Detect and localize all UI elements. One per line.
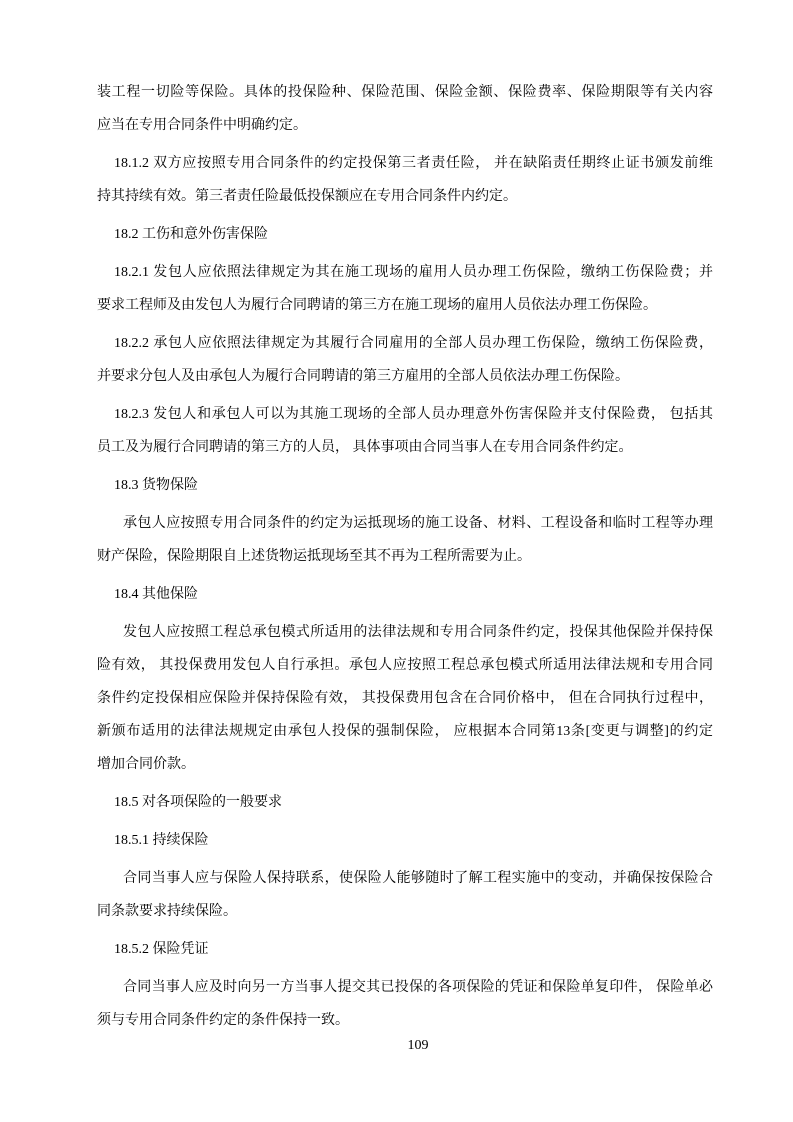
text-line: 应当在专用合同条件中明确约定。 (97, 109, 713, 142)
text-line: 须与专用合同条件约定的条件保持一致。 (97, 1004, 713, 1037)
text-line: 新颁布适用的法律法规规定由承包人投保的强制保险， 应根据本合同第13条[变更与调… (97, 715, 713, 748)
text-line: 18.5.1 持续保险 (97, 824, 713, 857)
text-line: 18.2.2 承包人应依照法律规定为其履行合同雇用的全部人员办理工伤保险，缴纳工… (97, 327, 713, 360)
paragraph: 合同当事人应及时向另一方当事人提交其已投保的各项保险的凭证和保险单复印件， 保险… (97, 971, 713, 1037)
text-line: 18.5 对各项保险的一般要求 (97, 786, 713, 819)
paragraph: 18.5.2 保险凭证 (97, 933, 713, 966)
paragraph: 18.5.1 持续保险 (97, 824, 713, 857)
text-line: 18.1.2 双方应按照专用合同条件的约定投保第三者责任险， 并在缺陷责任期终止… (97, 147, 713, 180)
page-number: 109 (408, 1036, 429, 1056)
text-line: 承包人应按照专用合同条件的约定为运抵现场的施工设备、材料、工程设备和临时工程等办… (97, 507, 713, 540)
text-line: 18.5.2 保险凭证 (97, 933, 713, 966)
text-line: 18.3 货物保险 (97, 469, 713, 502)
paragraph: 18.2.3 发包人和承包人可以为其施工现场的全部人员办理意外伤害保险并支付保险… (97, 398, 713, 464)
document-page: 装工程一切险等保险。具体的投保险种、保险范围、保险金额、保险费率、保险期限等有关… (0, 0, 793, 1122)
text-line: 发包人应按照工程总承包模式所适用的法律法规和专用合同条件约定，投保其他保险并保持… (97, 616, 713, 649)
paragraph: 18.2.1 发包人应依照法律规定为其在施工现场的雇用人员办理工伤保险，缴纳工伤… (97, 256, 713, 322)
text-line: 员工及为履行合同聘请的第三方的人员， 具体事项由合同当事人在专用合同条件约定。 (97, 431, 713, 464)
text-line: 合同当事人应与保险人保持联系，使保险人能够随时了解工程实施中的变动，并确保按保险… (97, 862, 713, 895)
text-line: 装工程一切险等保险。具体的投保险种、保险范围、保险金额、保险费率、保险期限等有关… (97, 76, 713, 109)
text-line: 并要求分包人及由承包人为履行合同聘请的第三方雇用的全部人员依法办理工伤保险。 (97, 360, 713, 393)
text-line: 18.2 工伤和意外伤害保险 (97, 218, 713, 251)
text-line: 18.2.1 发包人应依照法律规定为其在施工现场的雇用人员办理工伤保险，缴纳工伤… (97, 256, 713, 289)
text-line: 要求工程师及由发包人为履行合同聘请的第三方在施工现场的雇用人员依法办理工伤保险。 (97, 289, 713, 322)
text-line: 合同当事人应及时向另一方当事人提交其已投保的各项保险的凭证和保险单复印件， 保险… (97, 971, 713, 1004)
paragraph: 承包人应按照专用合同条件的约定为运抵现场的施工设备、材料、工程设备和临时工程等办… (97, 507, 713, 573)
paragraph: 18.1.2 双方应按照专用合同条件的约定投保第三者责任险， 并在缺陷责任期终止… (97, 147, 713, 213)
paragraph: 18.2 工伤和意外伤害保险 (97, 218, 713, 251)
text-line: 增加合同价款。 (97, 748, 713, 781)
paragraph: 18.2.2 承包人应依照法律规定为其履行合同雇用的全部人员办理工伤保险，缴纳工… (97, 327, 713, 393)
text-line: 持其持续有效。第三者责任险最低投保额应在专用合同条件内约定。 (97, 180, 713, 213)
text-line: 险有效， 其投保费用发包人自行承担。承包人应按照工程总承包模式所适用法律法规和专… (97, 649, 713, 682)
text-line: 18.2.3 发包人和承包人可以为其施工现场的全部人员办理意外伤害保险并支付保险… (97, 398, 713, 431)
document-body: 装工程一切险等保险。具体的投保险种、保险范围、保险金额、保险费率、保险期限等有关… (97, 76, 713, 1042)
paragraph: 18.5 对各项保险的一般要求 (97, 786, 713, 819)
paragraph: 18.4 其他保险 (97, 578, 713, 611)
text-line: 同条款要求持续保险。 (97, 895, 713, 928)
text-line: 18.4 其他保险 (97, 578, 713, 611)
text-line: 财产保险，保险期限自上述货物运抵现场至其不再为工程所需要为止。 (97, 540, 713, 573)
paragraph: 发包人应按照工程总承包模式所适用的法律法规和专用合同条件约定，投保其他保险并保持… (97, 616, 713, 781)
paragraph: 18.3 货物保险 (97, 469, 713, 502)
text-line: 条件约定投保相应保险并保持保险有效， 其投保费用包含在合同价格中， 但在合同执行… (97, 682, 713, 715)
paragraph: 装工程一切险等保险。具体的投保险种、保险范围、保险金额、保险费率、保险期限等有关… (97, 76, 713, 142)
paragraph: 合同当事人应与保险人保持联系，使保险人能够随时了解工程实施中的变动，并确保按保险… (97, 862, 713, 928)
